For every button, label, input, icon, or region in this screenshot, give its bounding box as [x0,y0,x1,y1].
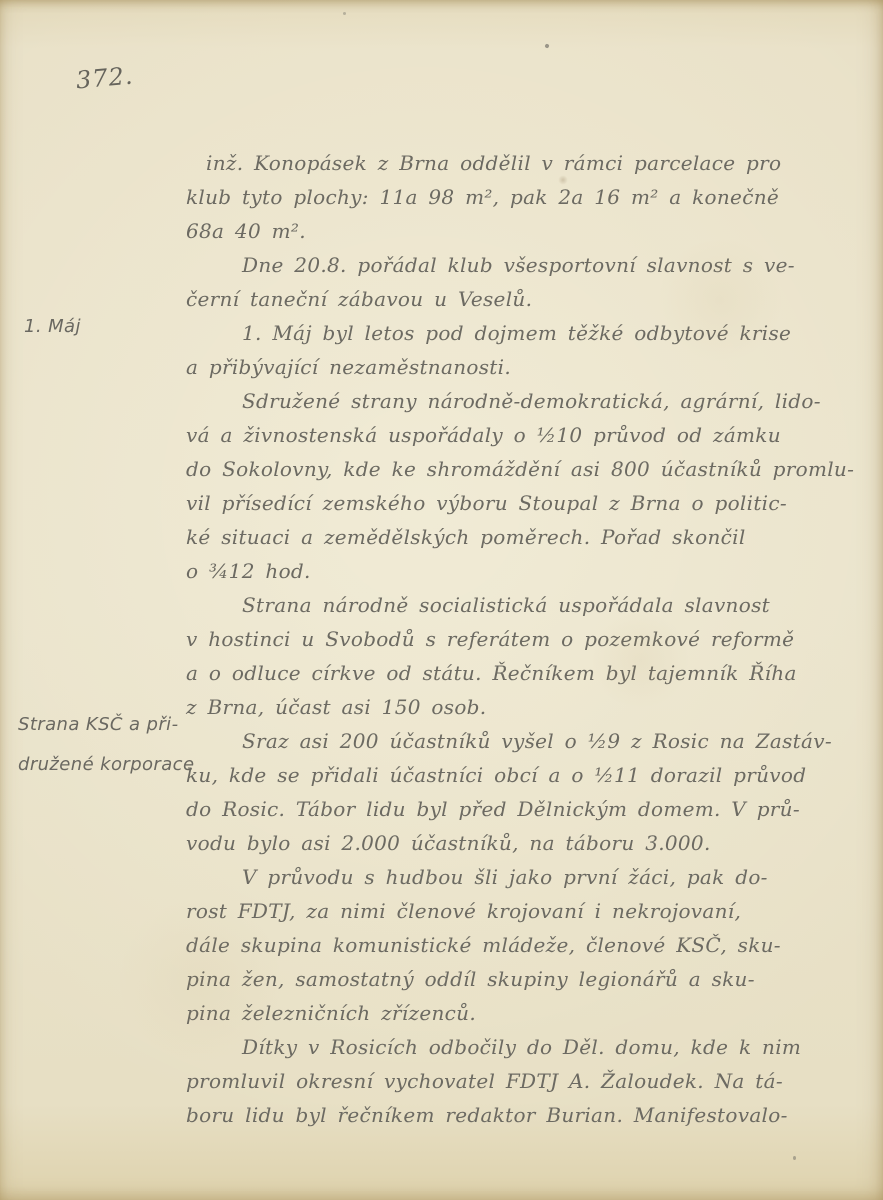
paper-speck [544,43,549,48]
text-line-14: Strana národně socialistická uspořádala … [186,588,872,622]
text-line-20: do Rosic. Tábor lidu byl před Dělnickým … [186,792,872,826]
page-number: 372. [75,62,135,95]
text-line-9: vá a živnostenská uspořádaly o ½10 průvo… [186,418,872,452]
text-line-8: Sdružené strany národně-demokratická, ag… [186,384,872,418]
text-line-21: vodu bylo asi 2.000 účastníků, na táboru… [186,826,872,860]
text-line-11: vil přísedící zemského výboru Stoupal z … [186,486,872,520]
text-line-2: klub tyto plochy: 11a 98 m², pak 2a 16 m… [186,180,872,214]
text-line-25: pina žen, samostatný oddíl skupiny legio… [186,962,872,996]
margin-note-ksc-line1: Strana KSČ a při- [18,714,178,735]
text-line-1: inž. Konopásek z Brna oddělil v rámci pa… [186,146,872,180]
text-line-23: rost FDTJ, za nimi členové krojovaní i n… [186,894,872,928]
text-line-13: o ¾12 hod. [186,554,872,588]
text-line-28: promluvil okresní vychovatel FDTJ A. Žal… [186,1064,872,1098]
text-line-16: a o odluce církve od státu. Řečníkem byl… [186,656,872,690]
text-line-7: a přibývající nezaměstnanosti. [186,350,872,384]
paper-speck [343,12,346,15]
text-line-3: 68a 40 m². [186,214,872,248]
text-line-24: dále skupina komunistické mládeže, členo… [186,928,872,962]
margin-note-ksc-line2: družené korporace [18,754,194,775]
text-line-29: boru lidu byl řečníkem redaktor Burian. … [186,1098,872,1132]
manuscript-page: 372. 1. Máj Strana KSČ a při- družené ko… [0,0,883,1200]
text-line-26: pina železničních zřízenců. [186,996,872,1030]
text-line-15: v hostinci u Svobodů s referátem o pozem… [186,622,872,656]
text-line-4: Dne 20.8. pořádal klub všesportovní slav… [186,248,872,282]
handwritten-text-block: inž. Konopásek z Brna oddělil v rámci pa… [186,146,872,1132]
text-line-19: ku, kde se přidali účastníci obcí a o ½1… [186,758,872,792]
text-line-17: z Brna, účast asi 150 osob. [186,690,872,724]
text-line-10: do Sokolovny, kde ke shromáždění asi 800… [186,452,872,486]
text-line-12: ké situaci a zemědělských poměrech. Pořa… [186,520,872,554]
text-line-18: Sraz asi 200 účastníků vyšel o ½9 z Rosi… [186,724,872,758]
text-line-27: Dítky v Rosicích odbočily do Děl. domu, … [186,1030,872,1064]
paper-speck [793,1156,796,1160]
text-line-6: 1. Máj byl letos pod dojmem těžké odbyto… [186,316,872,350]
text-line-5: černí taneční zábavou u Veselů. [186,282,872,316]
text-line-22: V průvodu s hudbou šli jako první žáci, … [186,860,872,894]
margin-note-1-maj: 1. Máj [24,316,81,337]
